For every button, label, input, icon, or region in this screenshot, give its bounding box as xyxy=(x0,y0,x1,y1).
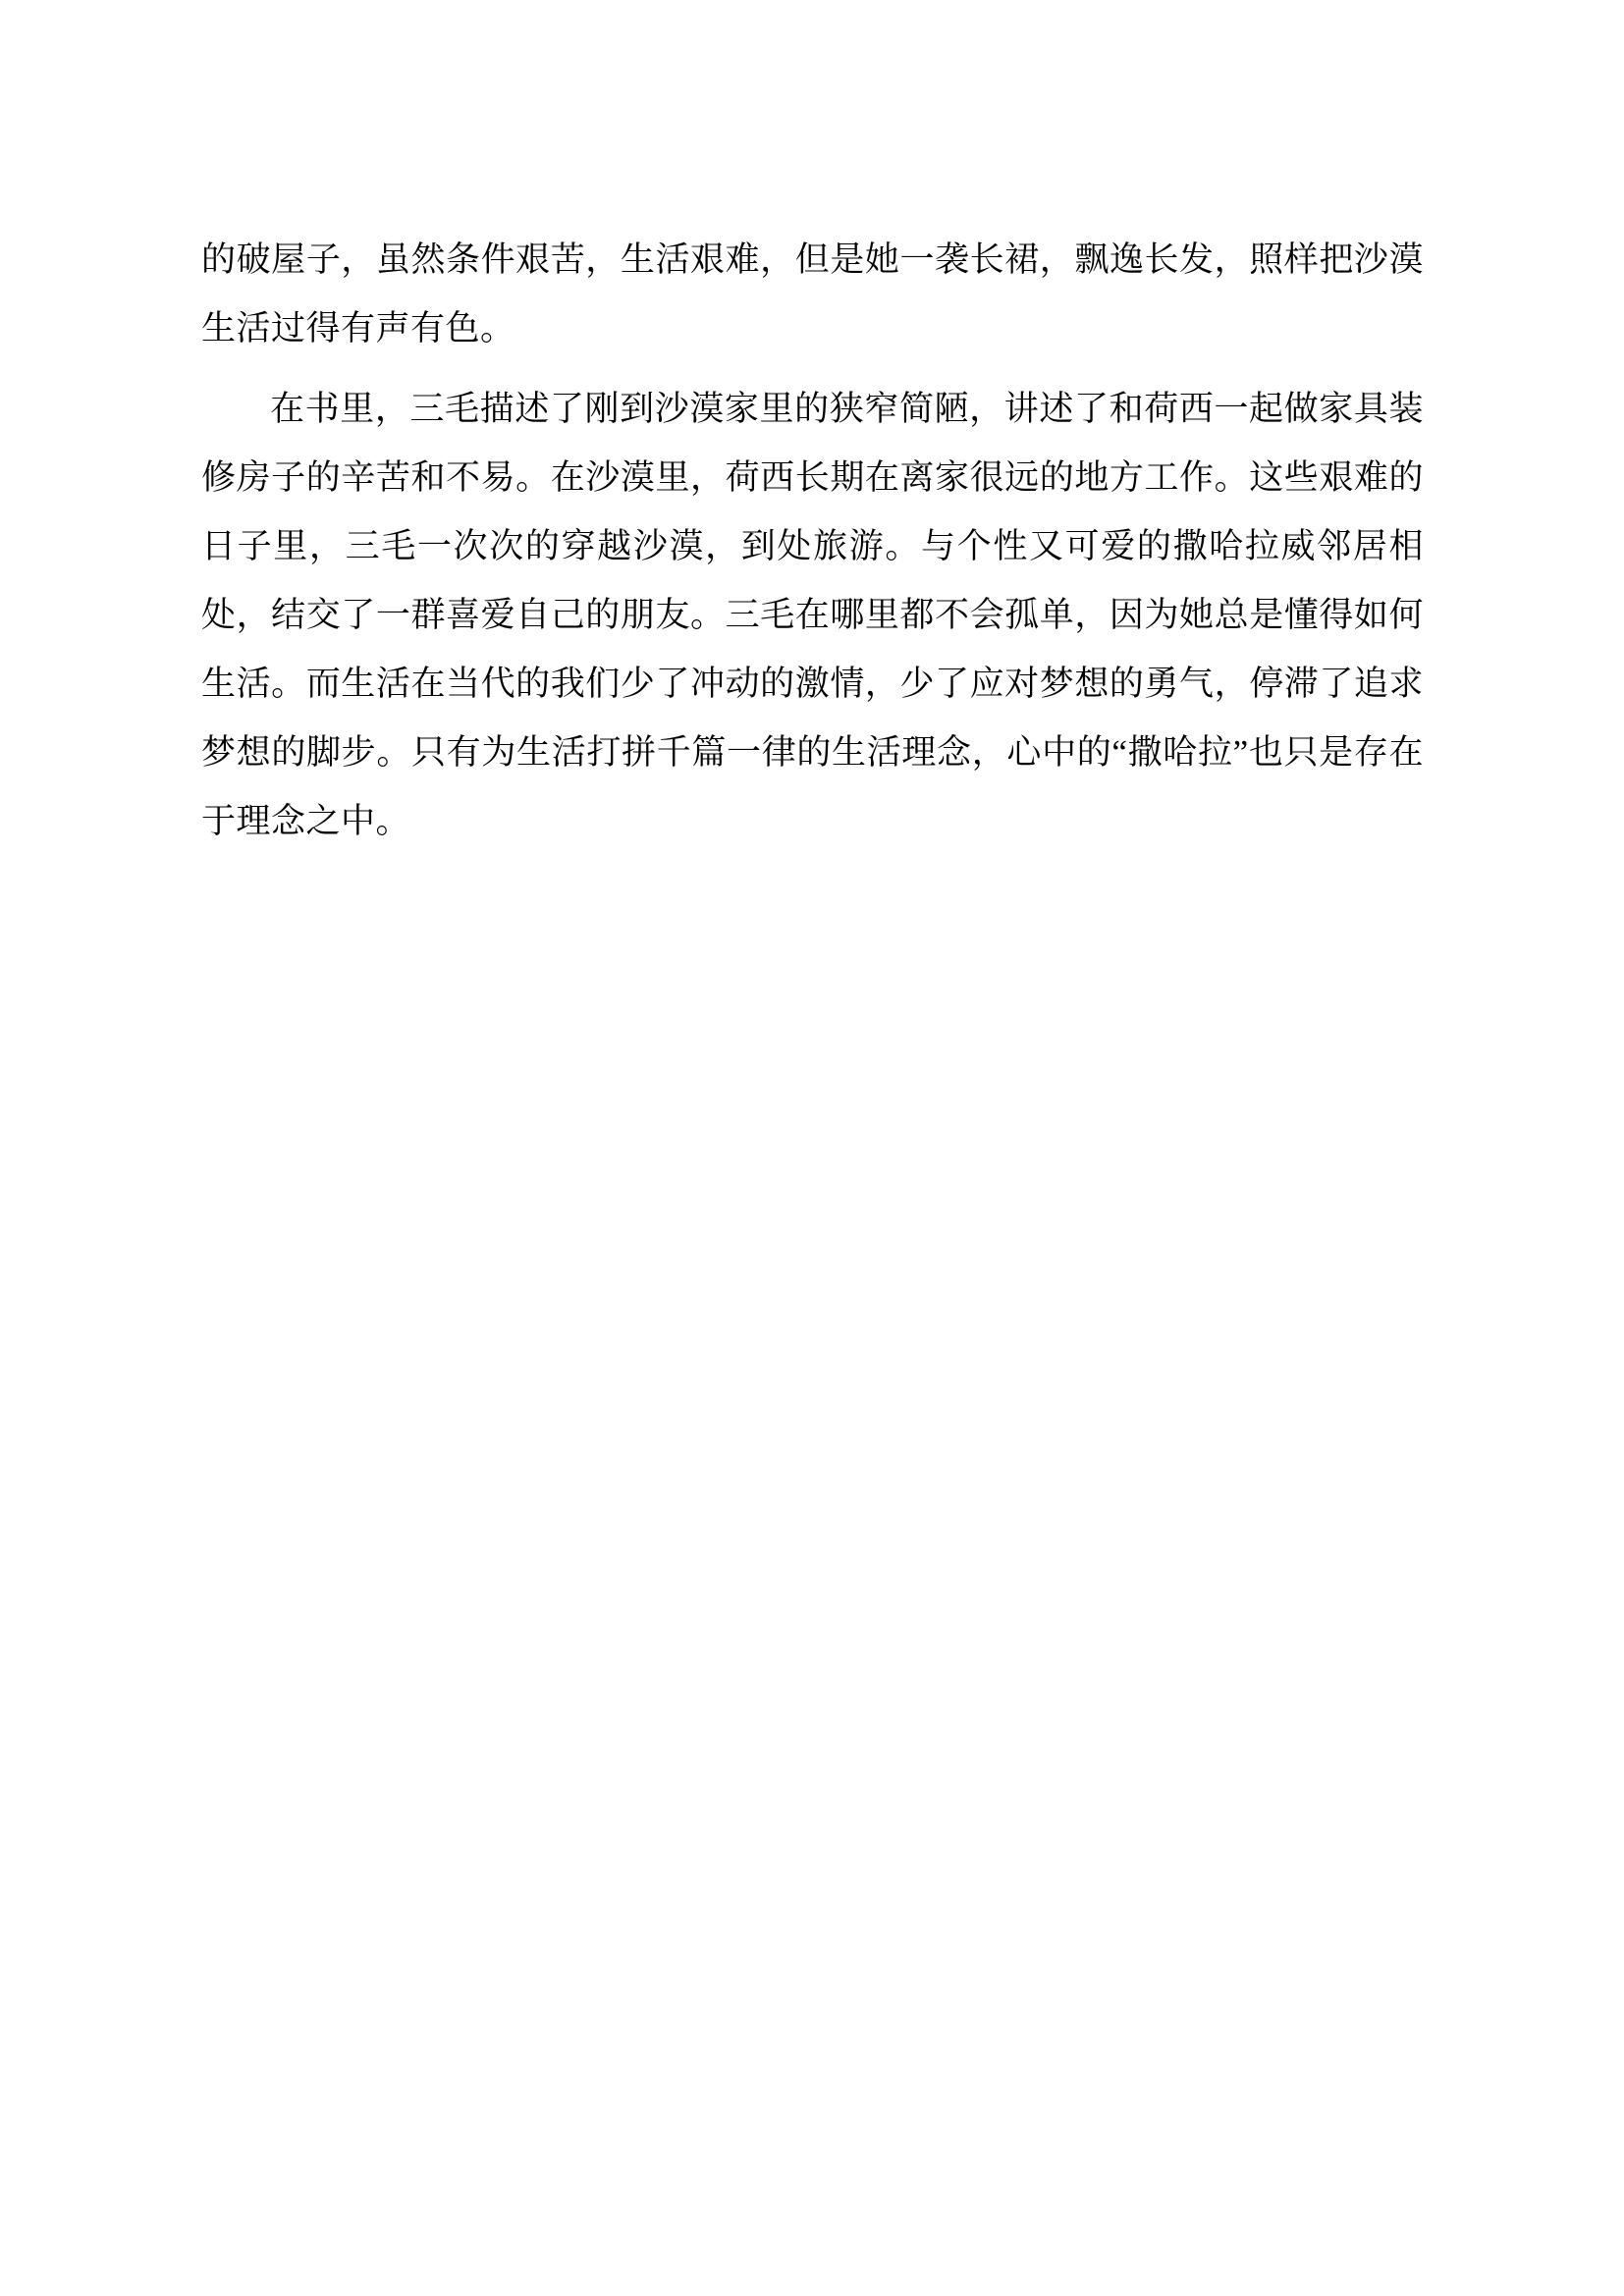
paragraph: 的破屋子，虽然条件艰苦，生活艰难，但是她一袭长裙，飘逸长发，照样把沙漠生活过得有… xyxy=(201,226,1424,363)
paragraph: 在书里，三毛描述了刚到沙漠家里的狭窄简陋，讲述了和荷西一起做家具装修房子的辛苦和… xyxy=(201,375,1424,856)
document-body: 的破屋子，虽然条件艰苦，生活艰难，但是她一袭长裙，飘逸长发，照样把沙漠生活过得有… xyxy=(0,0,1624,856)
document-page: 的破屋子，虽然条件艰苦，生活艰难，但是她一袭长裙，飘逸长发，照样把沙漠生活过得有… xyxy=(0,0,1624,2296)
